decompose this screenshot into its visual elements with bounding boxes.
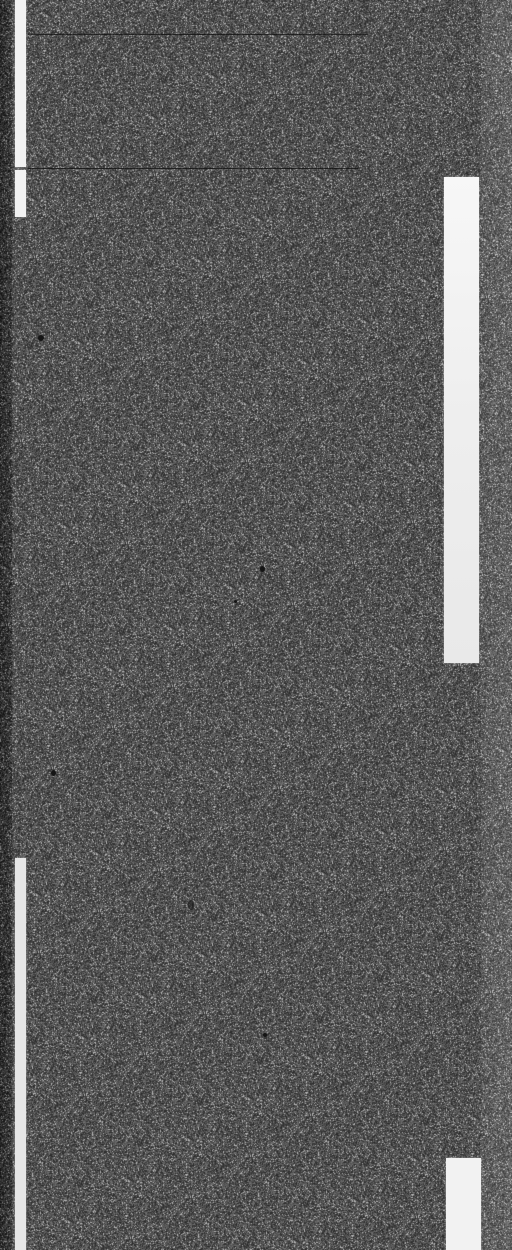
transverse-crack — [28, 168, 358, 169]
dark-spot — [263, 1033, 267, 1037]
lane-dash-marking — [446, 1158, 481, 1250]
left-edge-line — [15, 170, 26, 217]
left-edge-line — [15, 858, 26, 1250]
asphalt-texture — [0, 0, 512, 1250]
road-shoulder-shadow — [0, 0, 14, 1250]
dark-spot — [188, 900, 194, 910]
road-surface-photo: Top-down photograph of grey asphalt road… — [0, 0, 512, 1250]
left-edge-line — [15, 0, 26, 167]
dark-spot — [234, 600, 237, 603]
dark-spot — [51, 770, 56, 776]
dark-spot — [38, 335, 44, 341]
lane-dash-marking — [444, 177, 479, 663]
dark-spot — [260, 566, 265, 572]
